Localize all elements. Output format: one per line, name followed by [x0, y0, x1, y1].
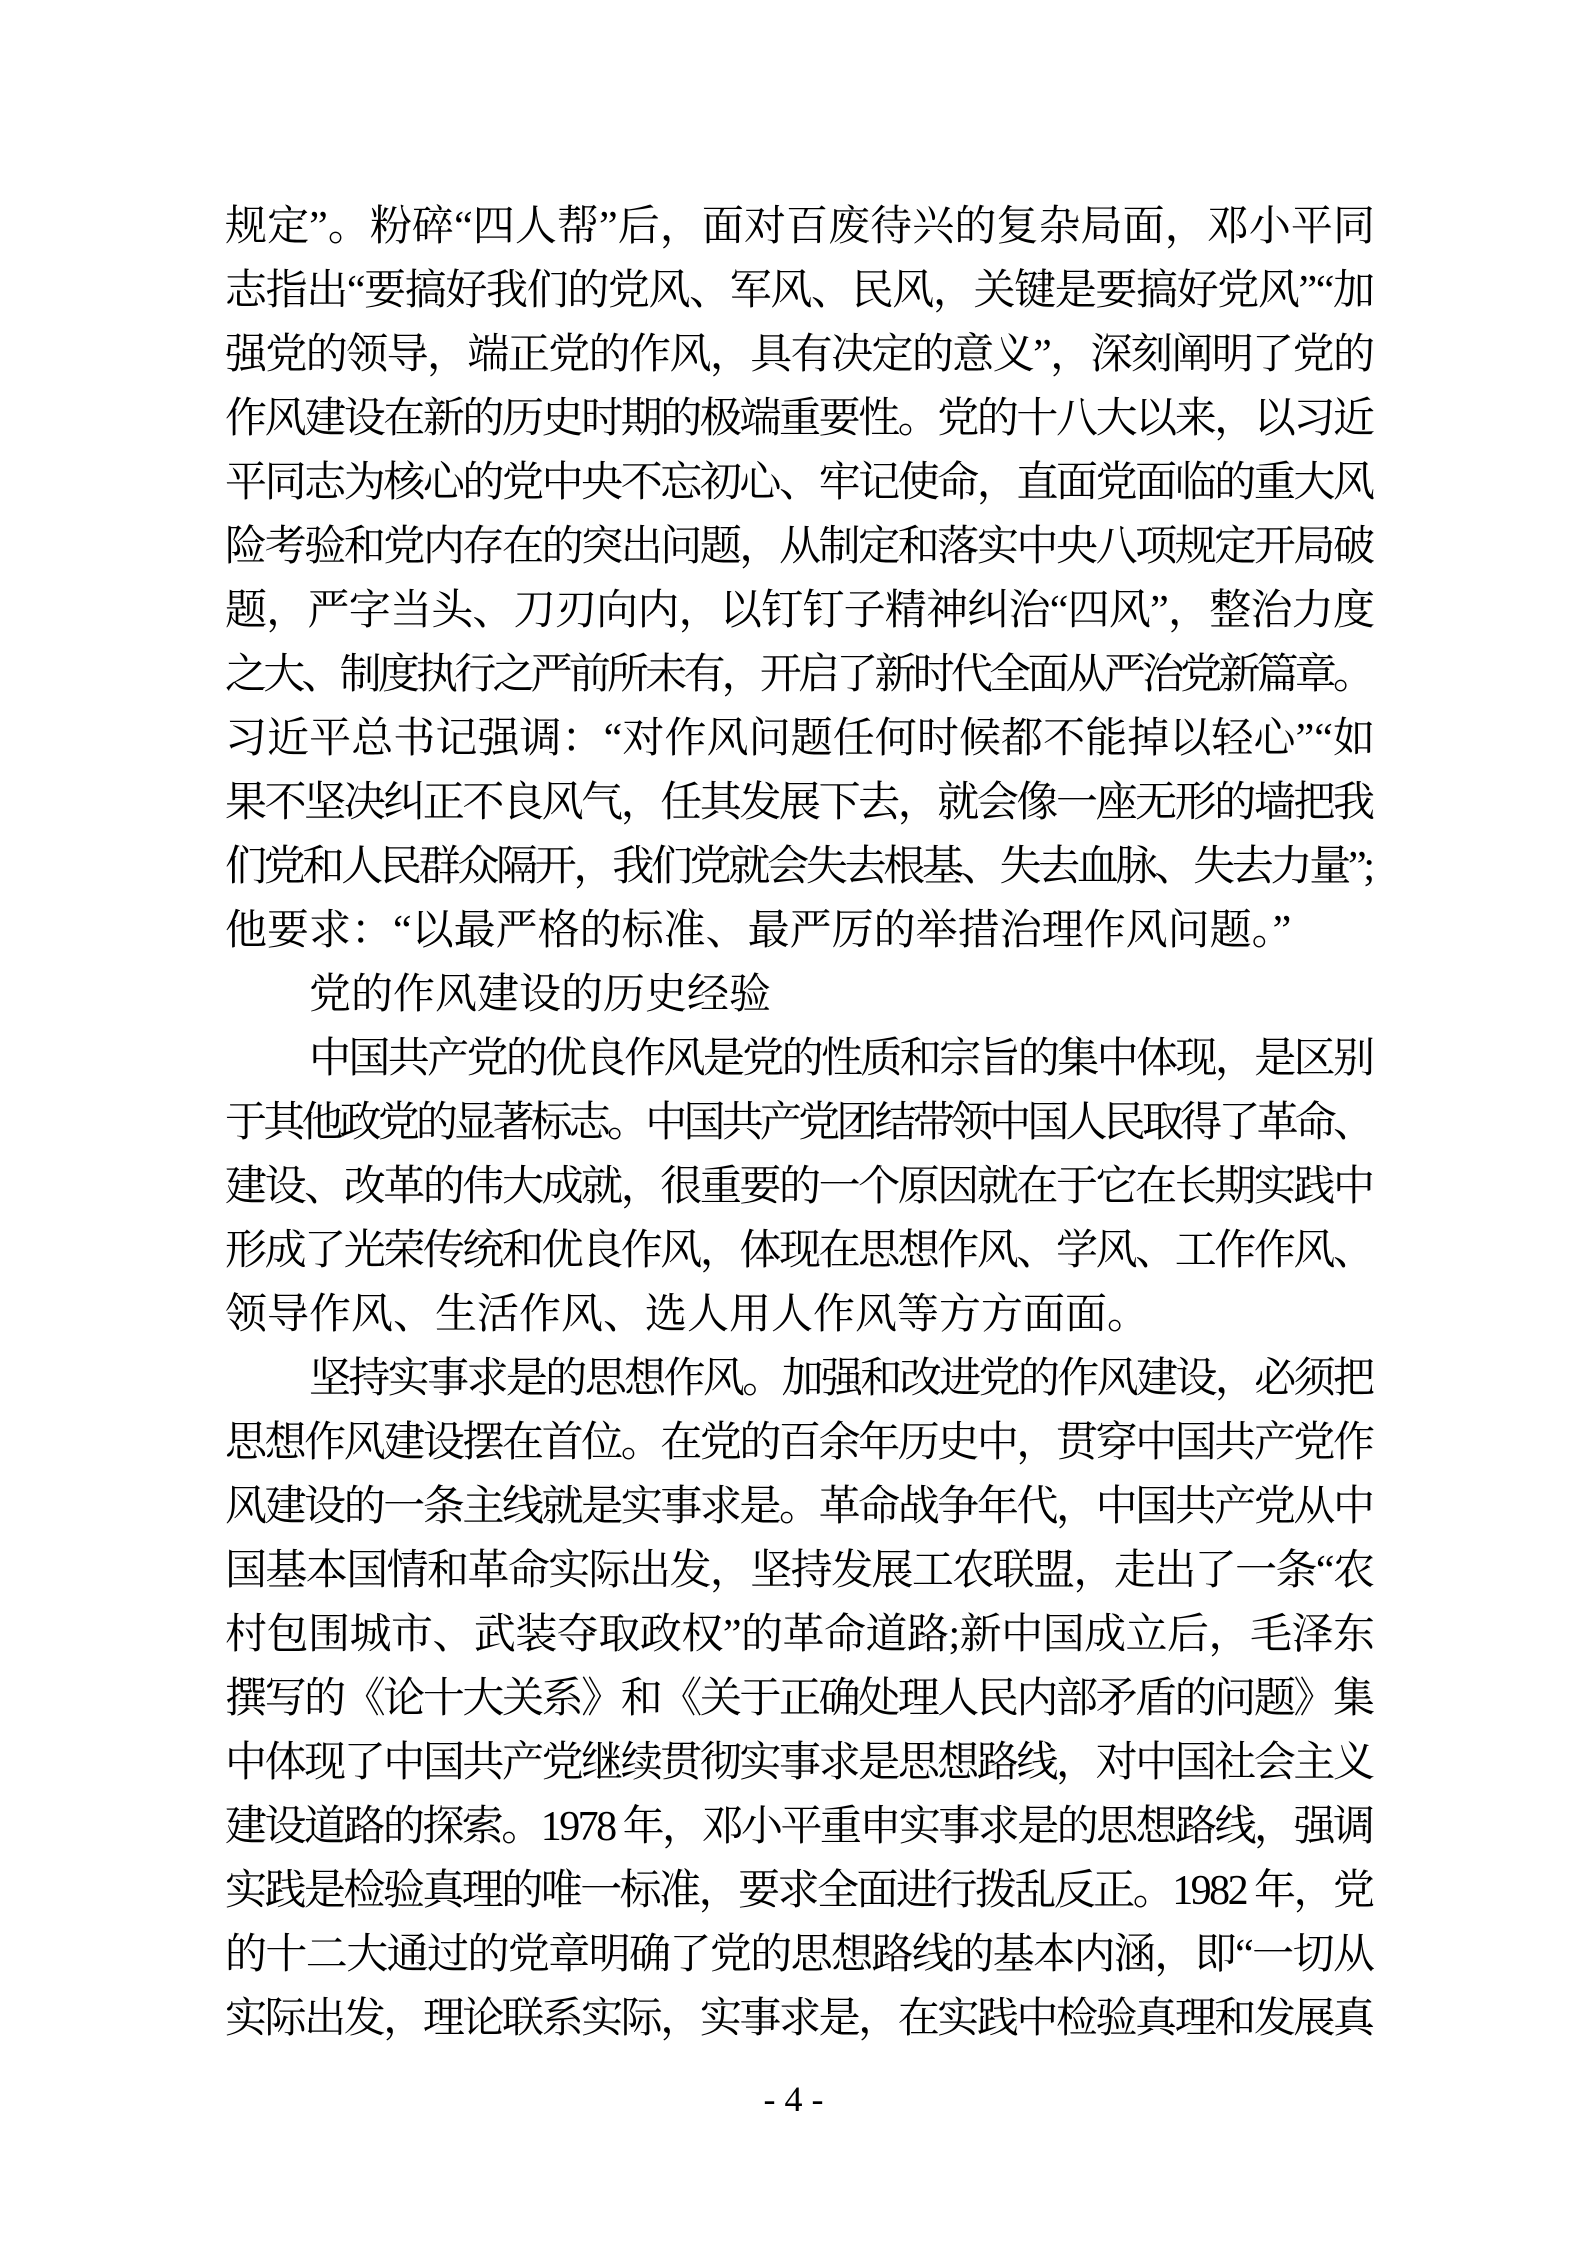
text-line-content: 实践是检验真理的唯一标准，要求全面进行拨乱反正。1982 年，党 — [225, 1859, 1372, 1923]
text-line: 的十二大通过的党章明确了党的思想路线的基本内涵，即“一切从 — [225, 1923, 1375, 1987]
text-line-content: 建设道路的探索。1978 年，邓小平重申实事求是的思想路线，强调 — [225, 1795, 1372, 1859]
text-line-content: 中国共产党的优良作风是党的性质和宗旨的集中体现，是区别 — [309, 1027, 1372, 1091]
text-line-content: 领导作风、生活作风、选人用人作风等方方面面。 — [225, 1283, 1149, 1347]
text-line: 形成了光荣传统和优良作风，体现在思想作风、学风、工作作风、 — [225, 1219, 1375, 1283]
text-line-content: 的十二大通过的党章明确了党的思想路线的基本内涵，即“一切从 — [225, 1923, 1373, 1987]
text-line-content: 们党和人民群众隔开，我们党就会失去根基、失去血脉、失去力量”; — [225, 835, 1372, 899]
text-line-content: 之大、制度执行之严前所未有，开启了新时代全面从严治党新篇章。 — [225, 643, 1371, 707]
text-line-content: 强党的领导，端正党的作风，具有决定的意义”，深刻阐明了党的 — [225, 323, 1373, 387]
text-line-content: 题，严字当头、刀刃向内，以钉钉子精神纠治“四风”，整治力度 — [225, 579, 1374, 643]
text-line: 作风建设在新的历史时期的极端重要性。党的十八大以来，以习近 — [225, 387, 1375, 451]
text-line-content: 平同志为核心的党中央不忘初心、牢记使命，直面党面临的重大风 — [225, 451, 1373, 515]
text-line-content: 于其他政党的显著标志。中国共产党团结带领中国人民取得了革命、 — [225, 1091, 1371, 1155]
text-line-content: 志指出“要搞好我们的党风、军风、民风，关键是要搞好党风”“加 — [225, 259, 1374, 323]
text-line: 规定”。粉碎“四人帮”后，面对百废待兴的复杂局面，邓小平同 — [225, 195, 1375, 259]
text-line-content: 村包围城市、武装夺取政权”的革命道路;新中国成立后，毛泽东 — [225, 1603, 1375, 1667]
text-line-content: 习近平总书记强调：“对作风问题任何时候都不能掉以轻心”“如 — [225, 707, 1375, 771]
text-line: 国基本国情和革命实际出发，坚持发展工农联盟，走出了一条“农 — [225, 1539, 1375, 1603]
text-line: 中国共产党的优良作风是党的性质和宗旨的集中体现，是区别 — [225, 1027, 1375, 1091]
text-line-content: 国基本国情和革命实际出发，坚持发展工农联盟，走出了一条“农 — [225, 1539, 1373, 1603]
text-line: 坚持实事求是的思想作风。加强和改进党的作风建设，必须把 — [225, 1347, 1375, 1411]
text-line: 村包围城市、武装夺取政权”的革命道路;新中国成立后，毛泽东 — [225, 1603, 1375, 1667]
text-line-content: 撰写的《论十大关系》和《关于正确处理人民内部矛盾的问题》集 — [225, 1667, 1373, 1731]
text-line-content: 作风建设在新的历史时期的极端重要性。党的十八大以来，以习近 — [225, 387, 1373, 451]
text-line: 风建设的一条主线就是实事求是。革命战争年代，中国共产党从中 — [225, 1475, 1375, 1539]
text-line: 他要求：“以最严格的标准、最严厉的举措治理作风问题。” — [225, 899, 1375, 963]
text-line: 险考验和党内存在的突出问题，从制定和落实中央八项规定开局破 — [225, 515, 1375, 579]
page-number: - 4 - — [0, 2078, 1587, 2120]
text-line-content: 中体现了中国共产党继续贯彻实事求是思想路线，对中国社会主义 — [225, 1731, 1373, 1795]
text-line-content: 规定”。粉碎“四人帮”后，面对百废待兴的复杂局面，邓小平同 — [225, 195, 1375, 259]
text-line-content: 形成了光荣传统和优良作风，体现在思想作风、学风、工作作风、 — [225, 1219, 1373, 1283]
text-line: 志指出“要搞好我们的党风、军风、民风，关键是要搞好党风”“加 — [225, 259, 1375, 323]
text-line: 中体现了中国共产党继续贯彻实事求是思想路线，对中国社会主义 — [225, 1731, 1375, 1795]
text-line: 习近平总书记强调：“对作风问题任何时候都不能掉以轻心”“如 — [225, 707, 1375, 771]
text-line: 党的作风建设的历史经验 — [225, 963, 1375, 1027]
text-line-content: 险考验和党内存在的突出问题，从制定和落实中央八项规定开局破 — [225, 515, 1373, 579]
text-line-content: 思想作风建设摆在首位。在党的百余年历史中，贯穿中国共产党作 — [225, 1411, 1373, 1475]
text-line: 实践是检验真理的唯一标准，要求全面进行拨乱反正。1982 年，党 — [225, 1859, 1375, 1923]
text-line: 之大、制度执行之严前所未有，开启了新时代全面从严治党新篇章。 — [225, 643, 1375, 707]
text-line-content: 坚持实事求是的思想作风。加强和改进党的作风建设，必须把 — [309, 1347, 1372, 1411]
text-line: 思想作风建设摆在首位。在党的百余年历史中，贯穿中国共产党作 — [225, 1411, 1375, 1475]
text-line: 撰写的《论十大关系》和《关于正确处理人民内部矛盾的问题》集 — [225, 1667, 1375, 1731]
text-line: 强党的领导，端正党的作风，具有决定的意义”，深刻阐明了党的 — [225, 323, 1375, 387]
text-line-content: 党的作风建设的历史经验 — [309, 963, 771, 1027]
text-line: 平同志为核心的党中央不忘初心、牢记使命，直面党面临的重大风 — [225, 451, 1375, 515]
text-line-content: 建设、改革的伟大成就，很重要的一个原因就在于它在长期实践中 — [225, 1155, 1373, 1219]
text-line-content: 实际出发，理论联系实际，实事求是，在实践中检验真理和发展真 — [225, 1987, 1373, 2051]
text-line: 果不坚决纠正不良风气，任其发展下去，就会像一座无形的墙把我 — [225, 771, 1375, 835]
page-body-text: 规定”。粉碎“四人帮”后，面对百废待兴的复杂局面，邓小平同志指出“要搞好我们的党… — [225, 195, 1375, 2051]
text-line: 建设道路的探索。1978 年，邓小平重申实事求是的思想路线，强调 — [225, 1795, 1375, 1859]
text-line: 们党和人民群众隔开，我们党就会失去根基、失去血脉、失去力量”; — [225, 835, 1375, 899]
text-line: 实际出发，理论联系实际，实事求是，在实践中检验真理和发展真 — [225, 1987, 1375, 2051]
document-page: 规定”。粉碎“四人帮”后，面对百废待兴的复杂局面，邓小平同志指出“要搞好我们的党… — [0, 0, 1587, 2245]
text-line: 于其他政党的显著标志。中国共产党团结带领中国人民取得了革命、 — [225, 1091, 1375, 1155]
text-line: 建设、改革的伟大成就，很重要的一个原因就在于它在长期实践中 — [225, 1155, 1375, 1219]
text-line-content: 他要求：“以最严格的标准、最严厉的举措治理作风问题。” — [225, 899, 1291, 963]
text-line-content: 风建设的一条主线就是实事求是。革命战争年代，中国共产党从中 — [225, 1475, 1373, 1539]
text-line-content: 果不坚决纠正不良风气，任其发展下去，就会像一座无形的墙把我 — [225, 771, 1373, 835]
text-line: 题，严字当头、刀刃向内，以钉钉子精神纠治“四风”，整治力度 — [225, 579, 1375, 643]
text-line: 领导作风、生活作风、选人用人作风等方方面面。 — [225, 1283, 1375, 1347]
